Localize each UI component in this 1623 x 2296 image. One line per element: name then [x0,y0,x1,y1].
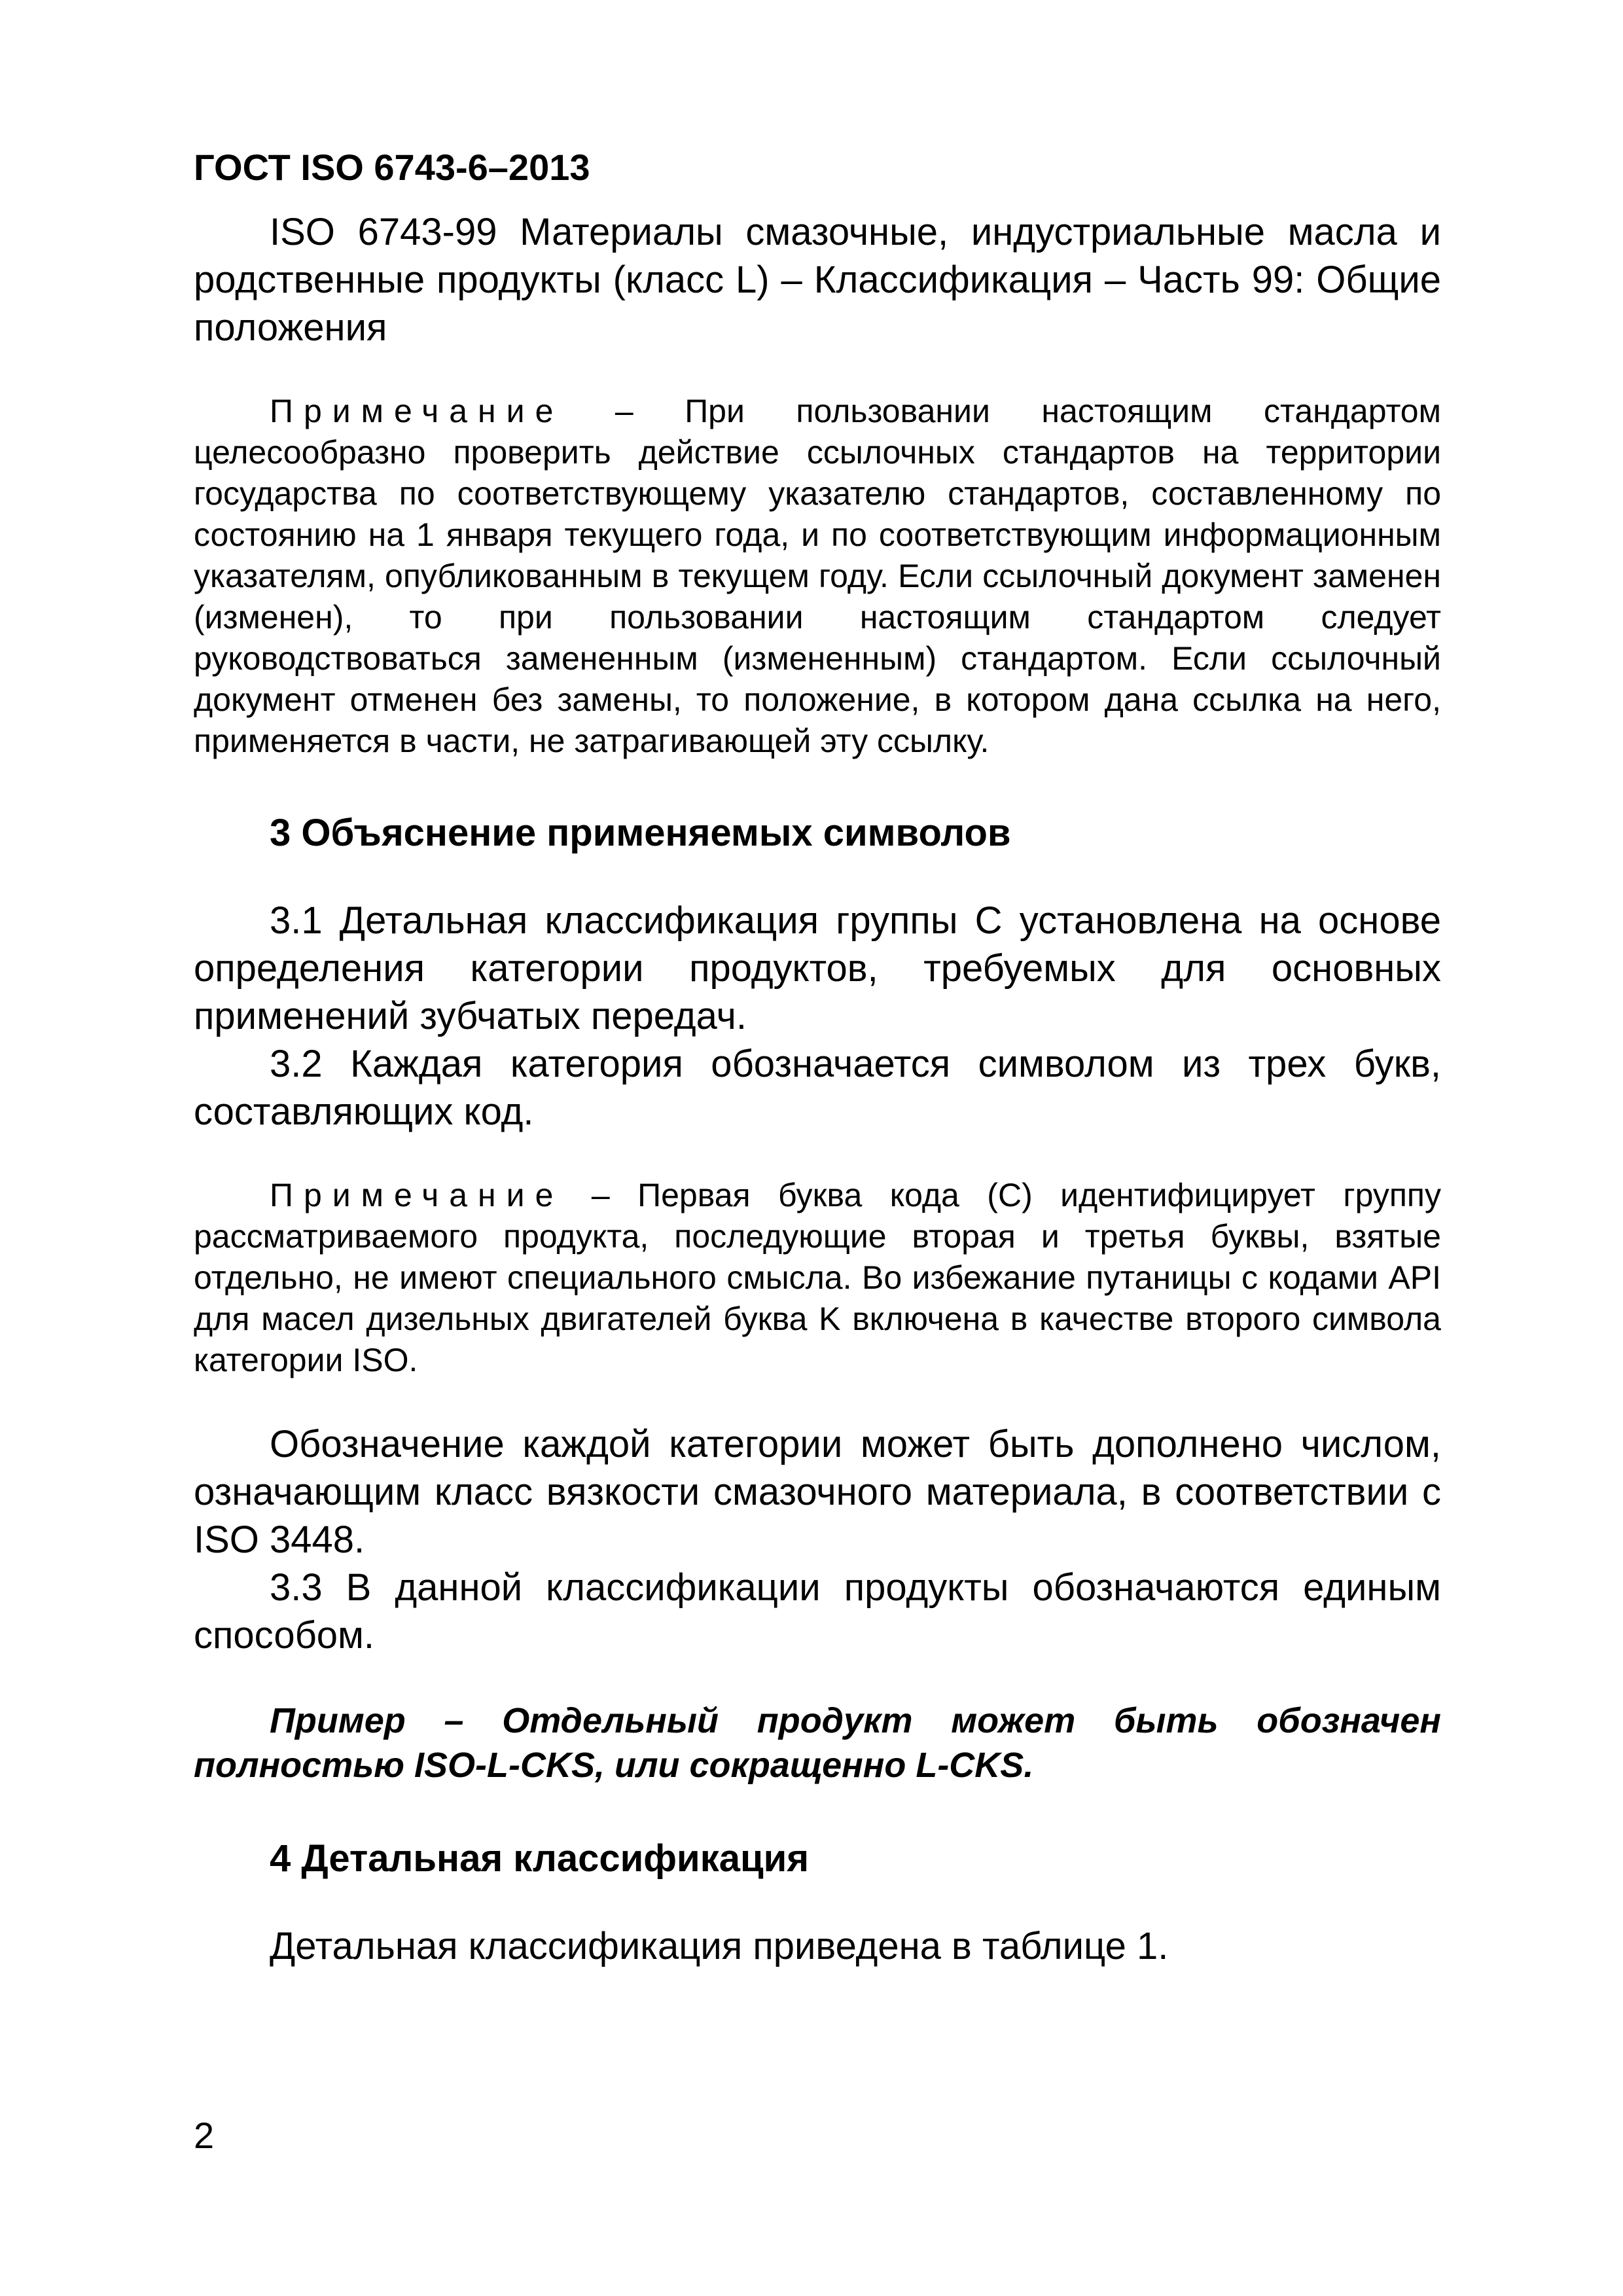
paragraph-3-2: 3.2 Каждая категория обозначается символ… [194,1040,1441,1136]
note-paragraph-1: Примечание – При пользовании настоящим с… [194,391,1441,762]
paragraph-3-3: 3.3 В данной классификации продукты обоз… [194,1564,1441,1659]
example-paragraph: Пример – Отдельный продукт может быть об… [194,1698,1441,1787]
note-1-label: Примечание [270,393,563,429]
doc-code-header: ГОСТ ISO 6743-6–2013 [194,145,1441,190]
note-2-label: Примечание [270,1177,563,1213]
intro-paragraph: ISO 6743-99 Материалы смазочные, индустр… [194,208,1441,351]
page-number: 2 [194,2115,214,2156]
section-4-heading: 4 Детальная классификация [194,1836,1441,1882]
paragraph-designation: Обозначение каждой категории может быть … [194,1420,1441,1564]
note-1-text: – При пользовании настоящим стандартом ц… [194,393,1441,759]
section-3-heading: 3 Объяснение применяемых символов [194,810,1441,856]
note-paragraph-2: Примечание – Первая буква кода (C) идент… [194,1175,1441,1381]
paragraph-4-1: Детальная классификация приведена в табл… [194,1922,1441,1970]
paragraph-3-1: 3.1 Детальная классификация группы C уст… [194,897,1441,1040]
document-page: ГОСТ ISO 6743-6–2013 ISO 6743-99 Материа… [0,0,1623,2296]
